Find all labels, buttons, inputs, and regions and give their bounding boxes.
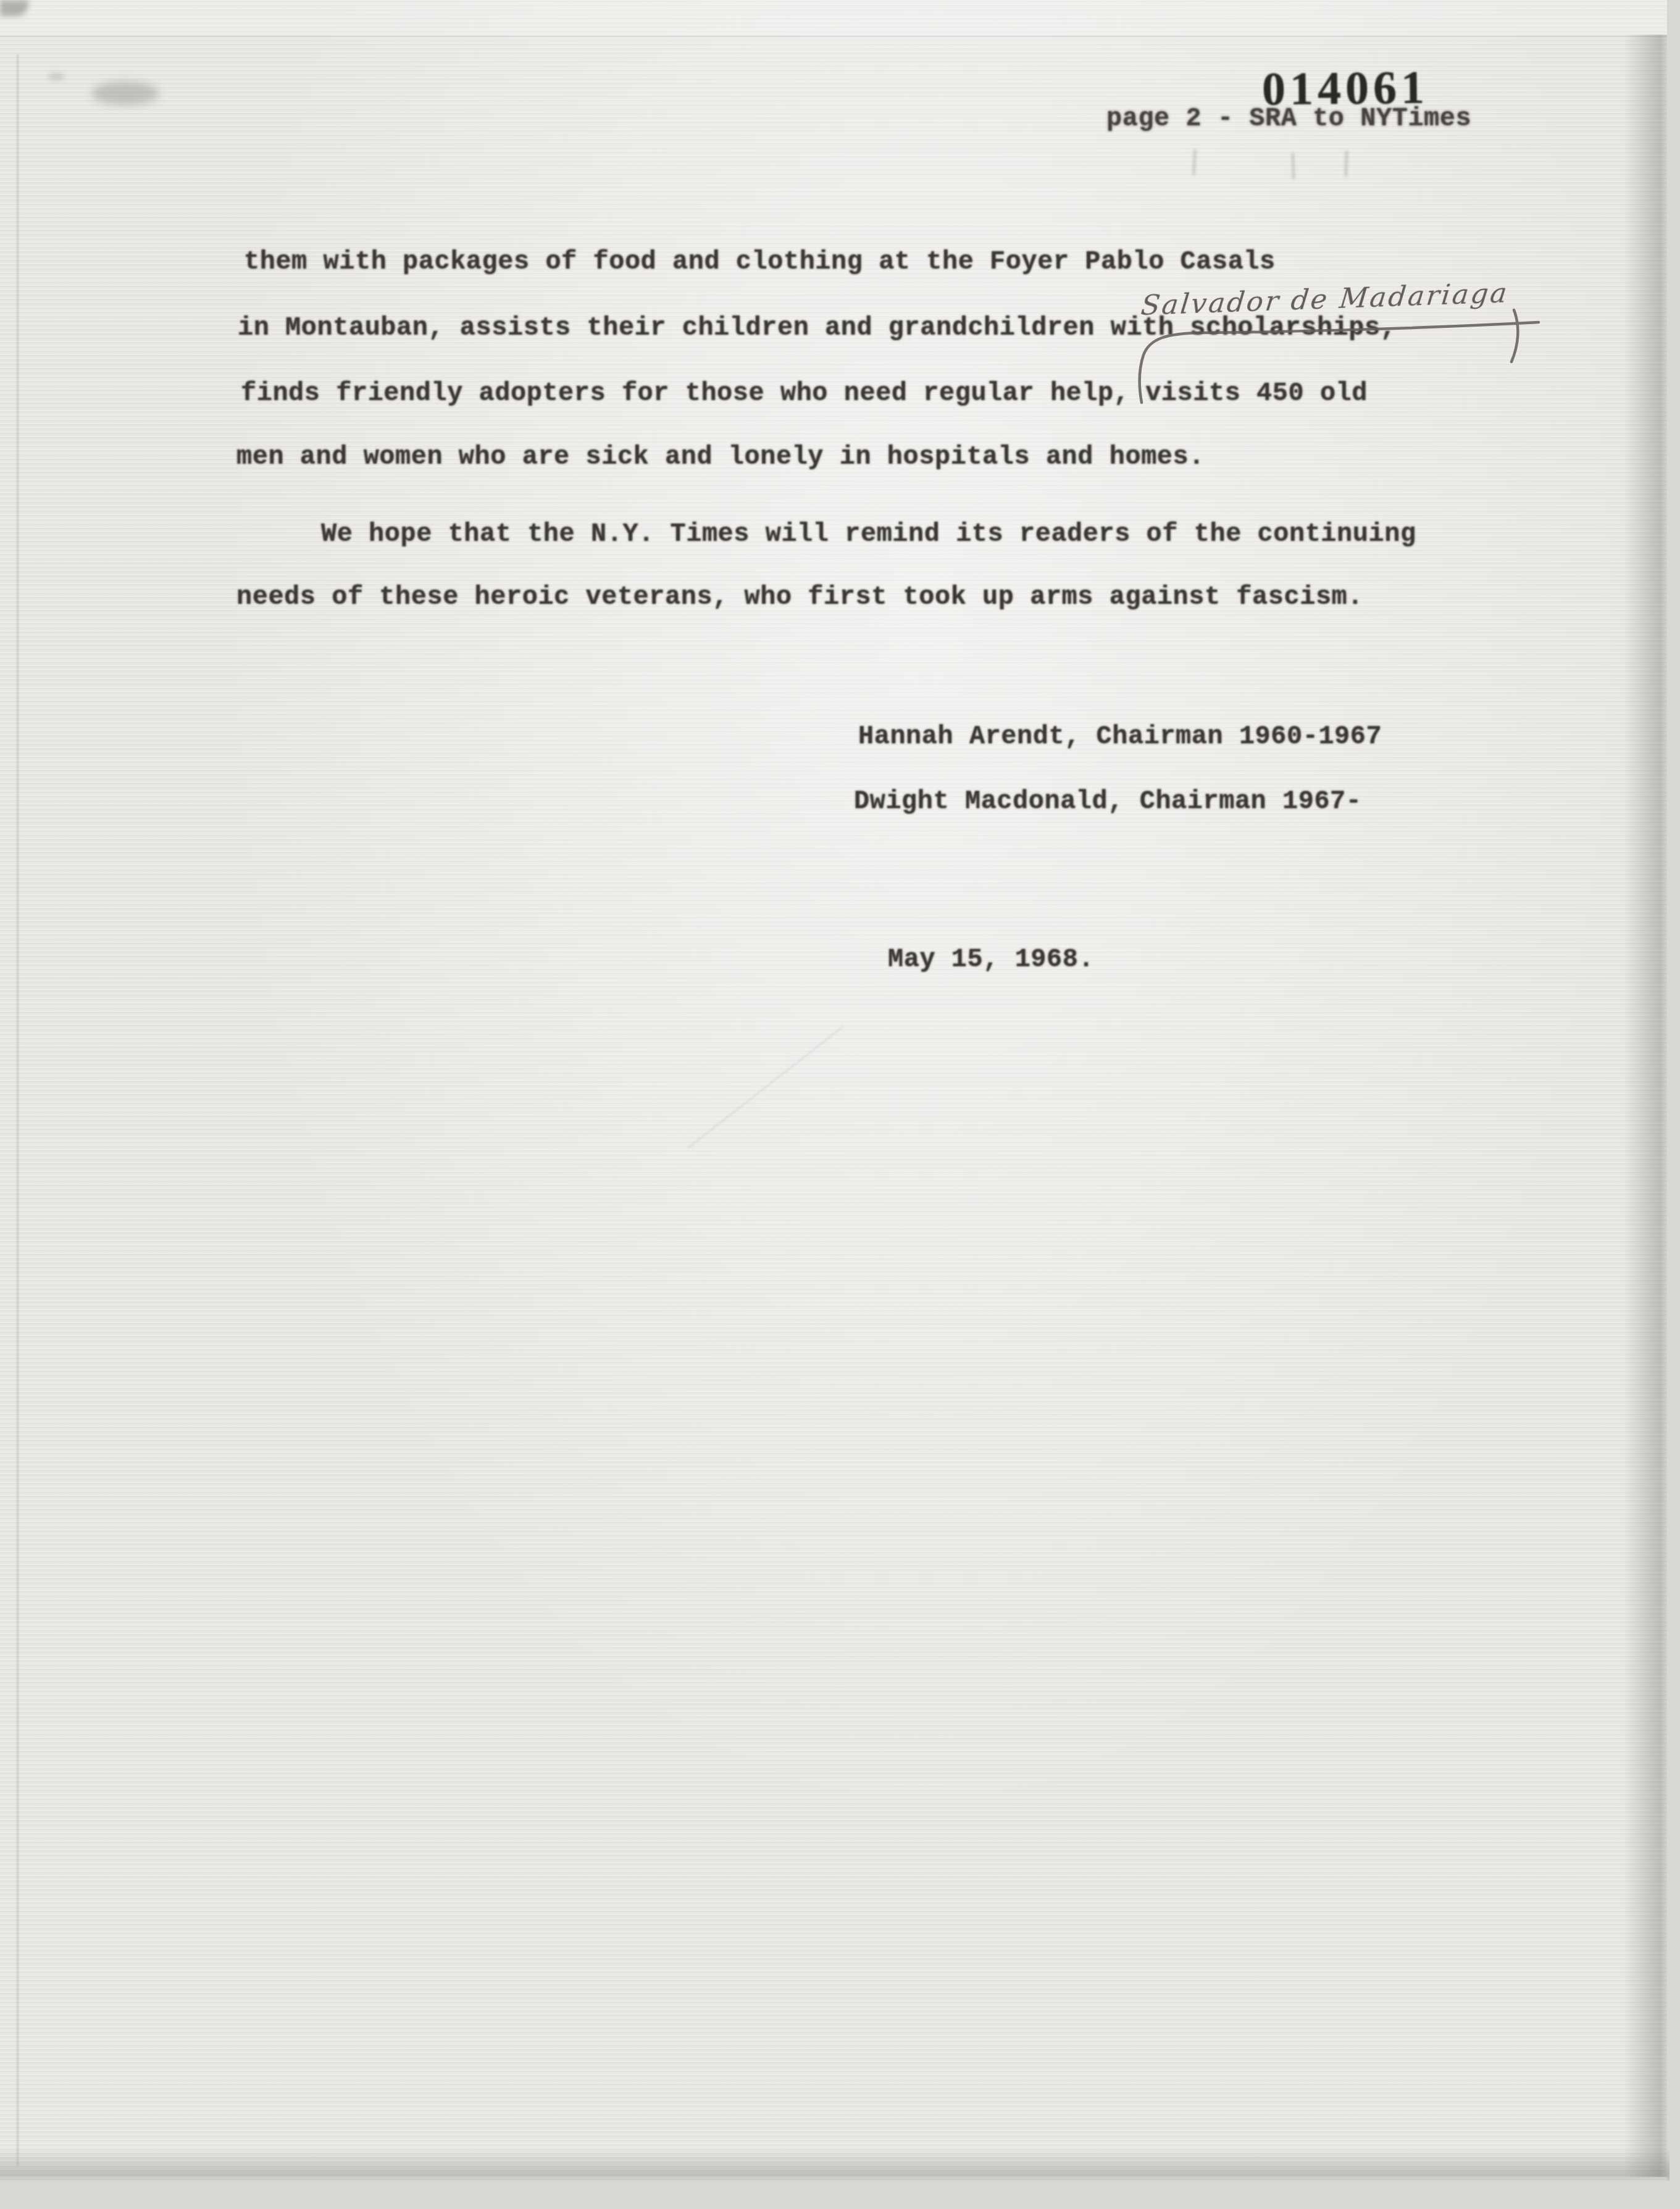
- handwritten-annotation: Salvador de Madariaga: [1139, 276, 1510, 322]
- date-line: May 15, 1968.: [888, 943, 1094, 975]
- scan-right-backing: [1667, 0, 1680, 2209]
- pencil-smudge: [91, 81, 159, 105]
- body-line: men and women who are sick and lonely in…: [236, 441, 1205, 473]
- annotation-tail-stroke: [1511, 310, 1518, 362]
- ghost-type-mark: [1192, 149, 1197, 175]
- paper-bottom-edge-shadow: [0, 2148, 1670, 2181]
- body-line: them with packages of food and clothing …: [244, 246, 1276, 278]
- signature-line: Hannah Arendt, Chairman 1960-1967: [858, 720, 1382, 753]
- paper-left-crease: [17, 54, 19, 2166]
- paper-right-edge-shadow: [1623, 35, 1667, 2177]
- body-line: We hope that the N.Y. Times will remind …: [321, 518, 1416, 550]
- page-header-note: page 2 - SRA to NYTimes: [1106, 102, 1471, 135]
- ghost-type-mark: [1344, 151, 1348, 177]
- sheet-top-edge: [0, 0, 1680, 37]
- scan-bottom-backing: [0, 2181, 1680, 2209]
- ghost-type-mark: [1291, 153, 1295, 179]
- scanned-letter-page: 014061 page 2 - SRA to NYTimes them with…: [0, 0, 1680, 2209]
- paper-crease: [687, 1026, 843, 1149]
- body-line: needs of these heroic veterans, who firs…: [236, 581, 1363, 613]
- body-line: finds friendly adopters for those who ne…: [241, 377, 1368, 409]
- signature-line: Dwight Macdonald, Chairman 1967-: [854, 785, 1362, 817]
- pencil-dot: [48, 73, 64, 80]
